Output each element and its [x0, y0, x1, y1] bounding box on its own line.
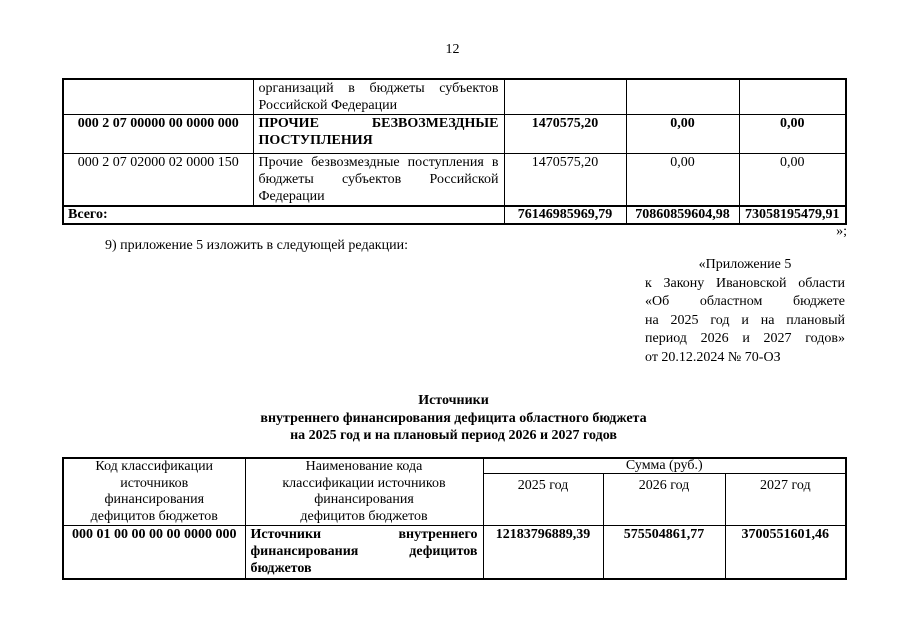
amount-2026-cell: 0,00	[626, 115, 739, 154]
header-year-2025-cell: 2025 год	[483, 474, 603, 526]
amount-2025-cell: 1470575,20	[504, 115, 626, 154]
section-title-line: на 2025 год и на плановый период 2026 и …	[62, 427, 845, 445]
table-header-row: Код классификации источников финансирова…	[63, 458, 846, 474]
appendix-line: на 2025 год и на плановый	[645, 312, 845, 331]
amount-2027-cell: 0,00	[739, 115, 846, 154]
amount-2025-cell: 1470575,20	[504, 154, 626, 207]
name-cell: Прочие безвозмездные поступления в бюдже…	[253, 154, 504, 207]
appendix-line: к Закону Ивановской области	[645, 275, 845, 294]
amendment-paragraph: 9) приложение 5 изложить в следующей ред…	[105, 238, 408, 254]
document-page: 12 организаций в бюджеты субъектов Росси…	[0, 0, 905, 640]
code-cell	[63, 79, 253, 115]
name-cell: организаций в бюджеты субъектов Российск…	[253, 79, 504, 115]
total-2025-cell: 76146985969,79	[504, 206, 626, 224]
section-title-line: Источники	[62, 392, 845, 410]
table-row: 000 2 07 00000 00 0000 000 ПРОЧИЕ БЕЗВОЗ…	[63, 115, 846, 154]
header-name-cell: Наименование кода классификации источник…	[245, 458, 483, 526]
amount-2026-cell: 575504861,77	[603, 526, 725, 579]
header-year-2026-cell: 2026 год	[603, 474, 725, 526]
table-row: 000 01 00 00 00 00 0000 000 Источники вн…	[63, 526, 846, 579]
table-row: организаций в бюджеты субъектов Российск…	[63, 79, 846, 115]
code-cell: 000 2 07 02000 02 0000 150	[63, 154, 253, 207]
total-label-cell: Всего:	[63, 206, 504, 224]
revenue-table: организаций в бюджеты субъектов Российск…	[62, 78, 847, 225]
amount-2026-cell: 0,00	[626, 154, 739, 207]
appendix-line: период 2026 и 2027 годов»	[645, 330, 845, 349]
code-cell: 000 2 07 00000 00 0000 000	[63, 115, 253, 154]
code-cell: 000 01 00 00 00 00 0000 000	[63, 526, 245, 579]
appendix-line: «Об областном бюджете	[645, 293, 845, 312]
page-number: 12	[0, 42, 905, 58]
section-title: Источники внутреннего финансирования деф…	[62, 392, 845, 445]
appendix-line: от 20.12.2024 № 70-ОЗ	[645, 349, 845, 368]
total-2026-cell: 70860859604,98	[626, 206, 739, 224]
header-sum-cell: Сумма (руб.)	[483, 458, 846, 474]
total-2027-cell: 73058195479,91	[739, 206, 846, 224]
header-code-cell: Код классификации источников финансирова…	[63, 458, 245, 526]
appendix-line: «Приложение 5	[645, 256, 845, 275]
amount-2025-cell	[504, 79, 626, 115]
table-row: 000 2 07 02000 02 0000 150 Прочие безвоз…	[63, 154, 846, 207]
header-year-2027-cell: 2027 год	[725, 474, 846, 526]
deficit-sources-table: Код классификации источников финансирова…	[62, 457, 847, 580]
name-cell: Источники внутреннего финансирования деф…	[245, 526, 483, 579]
name-cell: ПРОЧИЕ БЕЗВОЗМЕЗДНЫЕ ПОСТУПЛЕНИЯ	[253, 115, 504, 154]
amount-2025-cell: 12183796889,39	[483, 526, 603, 579]
appendix-reference-block: «Приложение 5 к Закону Ивановской област…	[645, 256, 845, 367]
section-title-line: внутреннего финансирования дефицита обла…	[62, 410, 845, 428]
amount-2027-cell	[739, 79, 846, 115]
amount-2026-cell	[626, 79, 739, 115]
amount-2027-cell: 0,00	[739, 154, 846, 207]
amount-2027-cell: 3700551601,46	[725, 526, 846, 579]
table-total-row: Всего: 76146985969,79 70860859604,98 730…	[63, 206, 846, 224]
